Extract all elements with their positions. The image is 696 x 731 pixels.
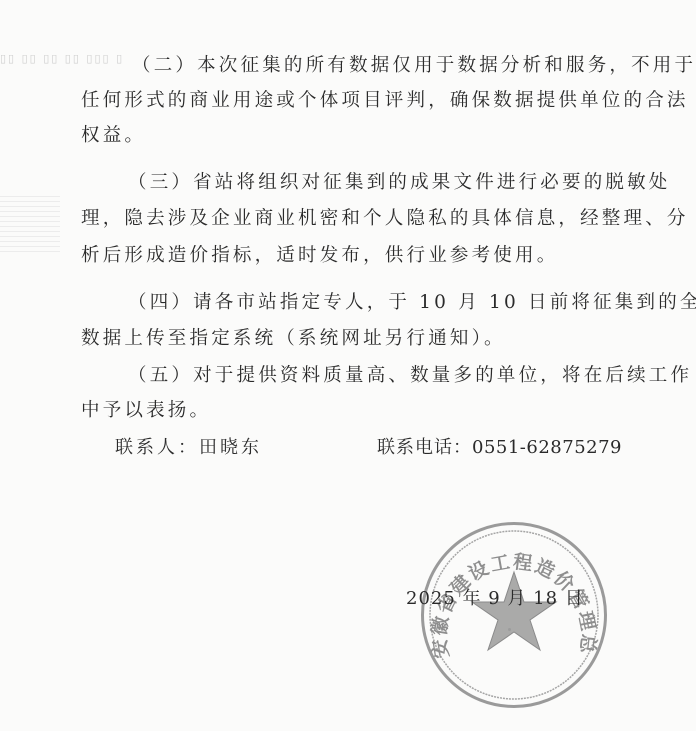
- paragraph-5-line-2: 中予以表扬。: [81, 400, 211, 422]
- contact-phone-number: 0551-62875279: [472, 437, 622, 458]
- contact-person: 联系人：田晓东: [115, 437, 262, 459]
- contact-person-name: 田晓东: [199, 437, 262, 458]
- bleed-through-marks: [0, 196, 60, 256]
- official-seal: 安徽省建设工程造价管理总站: [421, 522, 607, 708]
- paragraph-2-line-3: 权益。: [81, 125, 146, 147]
- paragraph-2-line-1: （二）本次征集的所有数据仅用于数据分析和服务，不用于: [132, 55, 696, 77]
- paragraph-4-line-1: （四）请各市站指定专人，于 10 月 10 日前将征集到的全部: [128, 292, 696, 314]
- contact-phone-label: 联系电话：: [377, 437, 472, 458]
- contact-phone: 联系电话：0551-62875279: [377, 437, 622, 459]
- paragraph-3-line-1: （三）省站将组织对征集到的成果文件进行必要的脱敏处: [128, 172, 671, 194]
- paragraph-2-line-2: 任何形式的商业用途或个体项目评判，确保数据提供单位的合法: [81, 90, 689, 112]
- paragraph-5-line-1: （五）对于提供资料质量高、数量多的单位，将在后续工作: [128, 365, 692, 387]
- paragraph-3-line-3: 析后形成造价指标，适时发布，供行业参考使用。: [81, 245, 558, 267]
- bleed-through-text: ▯▯ ▯▯ ▯▯ ▯▯ ▯▯▯ ▯: [0, 52, 130, 82]
- document-page: ▯▯ ▯▯ ▯▯ ▯▯ ▯▯▯ ▯ （二）本次征集的所有数据仅用于数据分析和服务…: [0, 0, 696, 731]
- contact-person-label: 联系人：: [115, 437, 199, 458]
- issue-date: 2025 年 9 月 18 日: [406, 588, 584, 610]
- paragraph-3-line-2: 理，隐去涉及企业商业机密和个人隐私的具体信息，经整理、分: [81, 208, 689, 230]
- paragraph-4-line-2: 数据上传至指定系统（系统网址另行通知）。: [81, 328, 506, 350]
- star-icon: [472, 572, 556, 650]
- seal-graphic: 安徽省建设工程造价管理总站: [421, 522, 607, 708]
